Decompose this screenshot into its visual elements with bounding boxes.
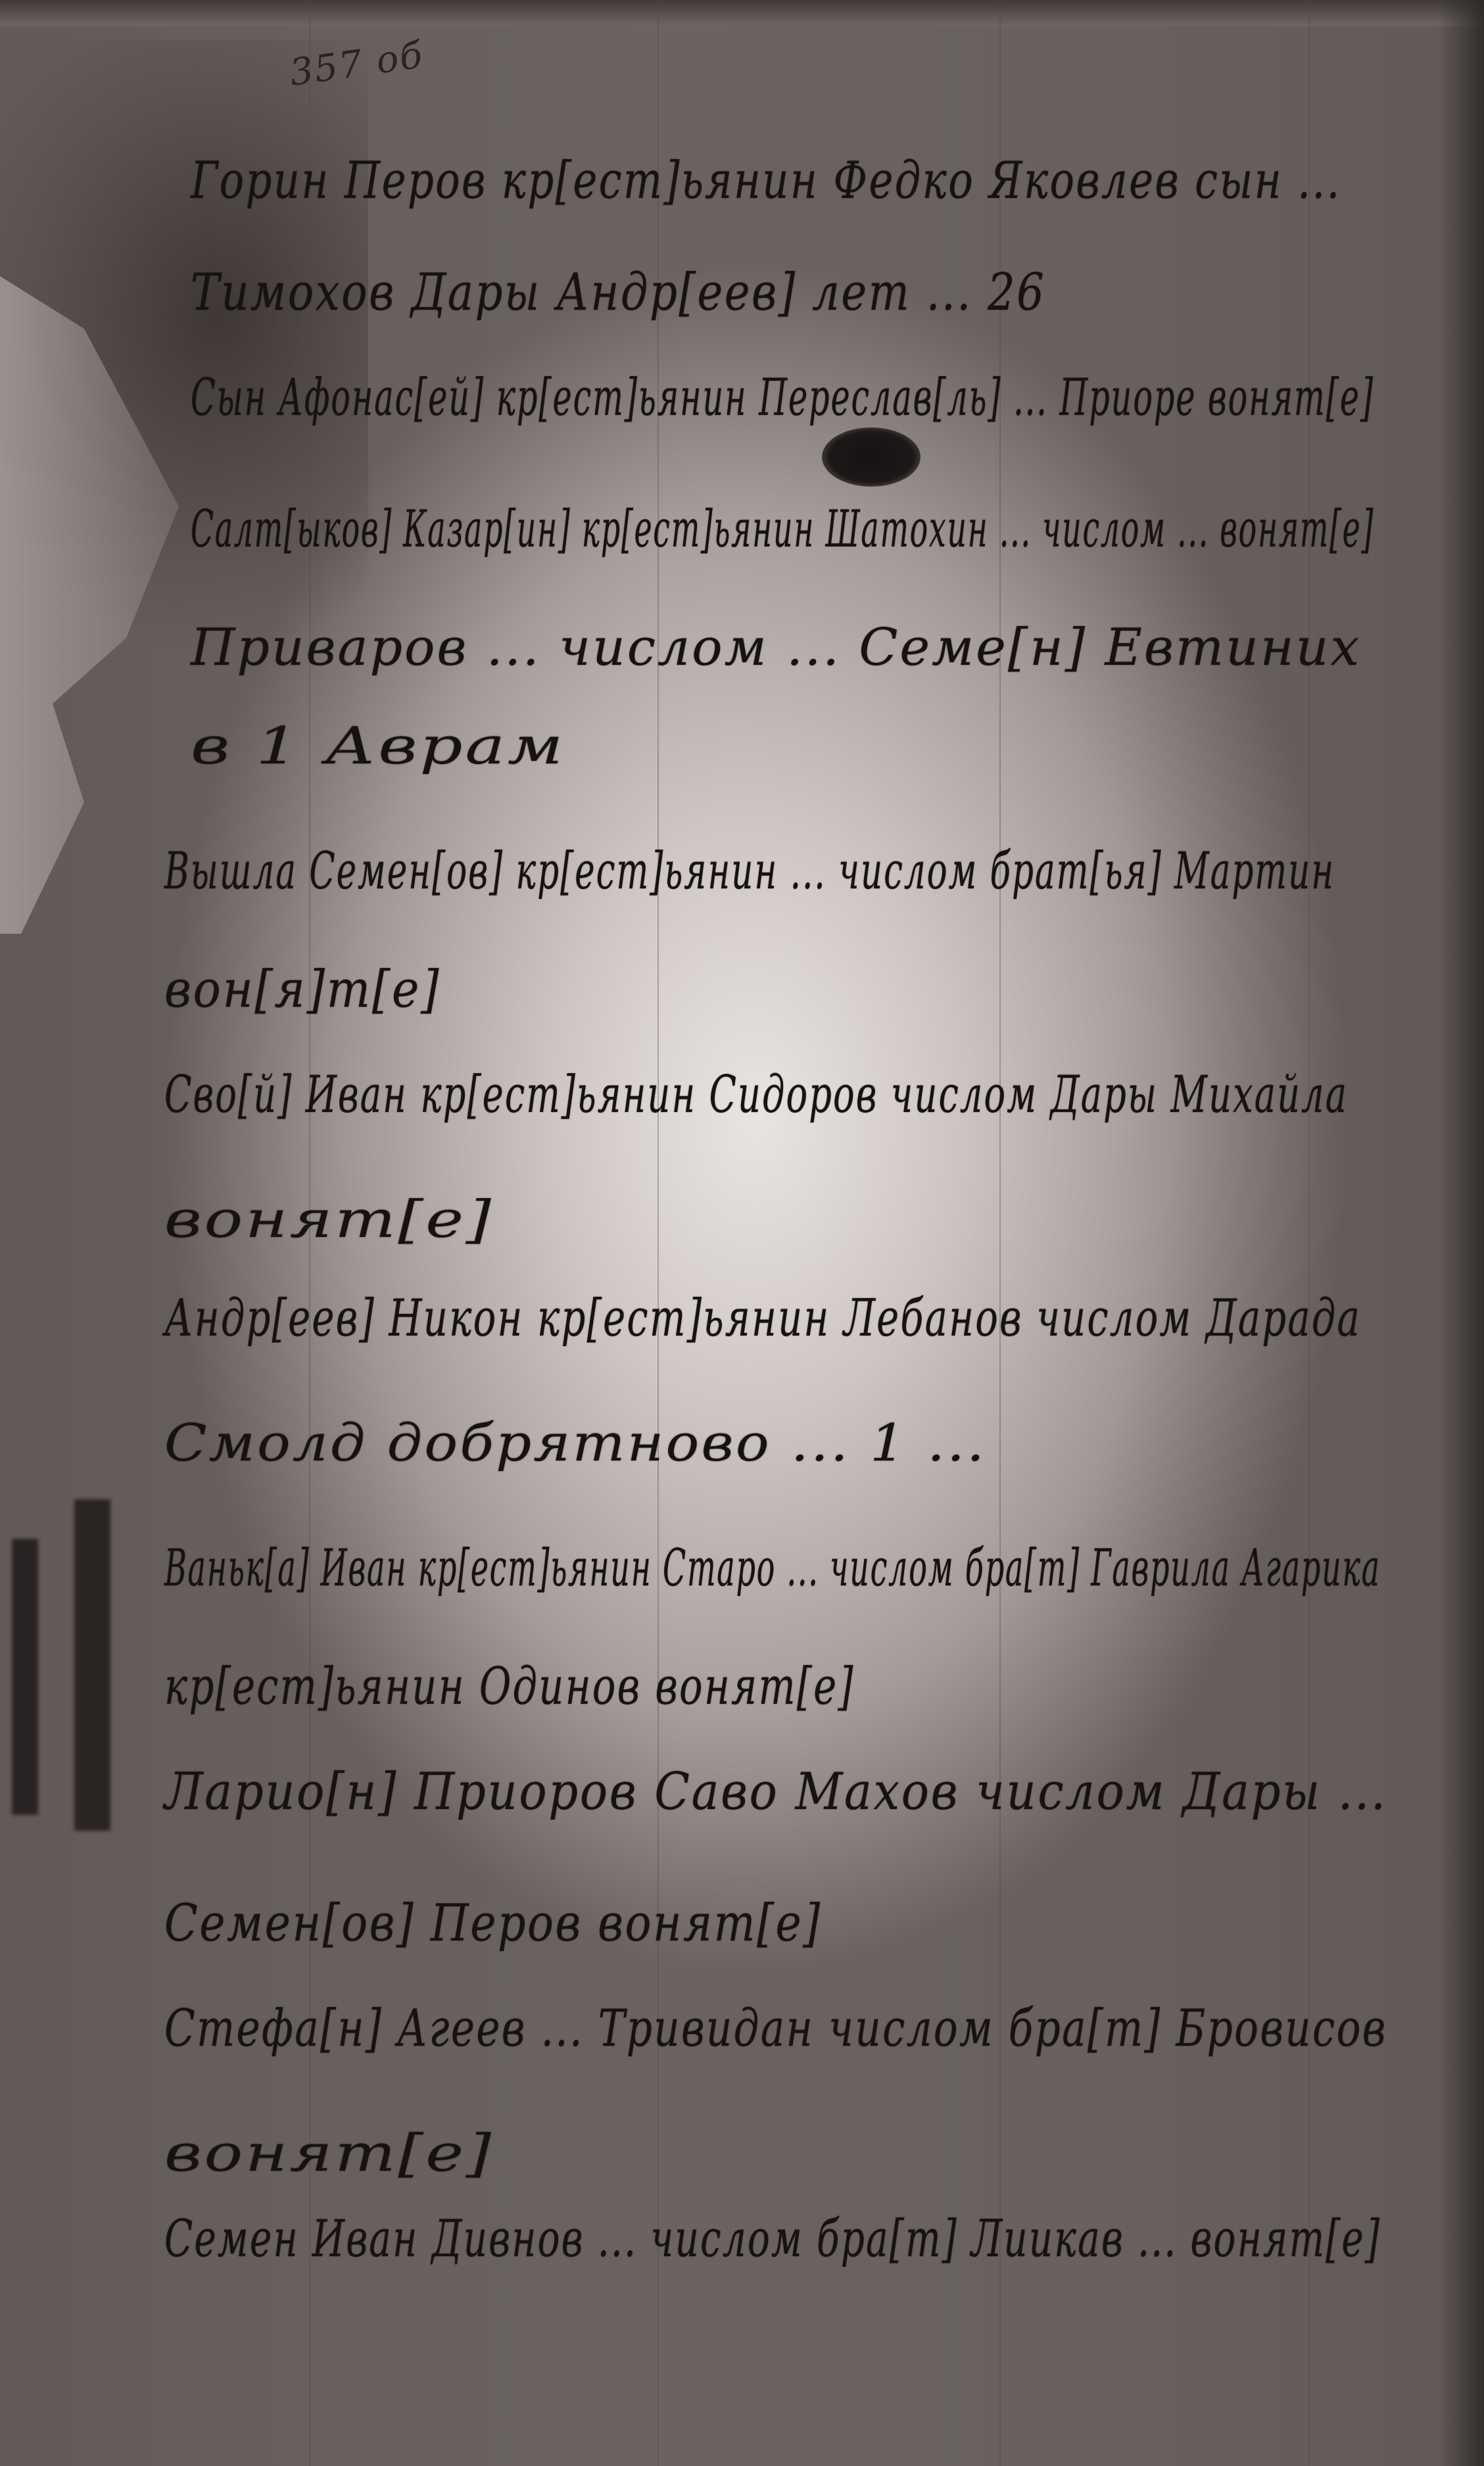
reading-note: Tentative transcription of 17th-century … (1107, 2426, 1431, 2440)
scan-right-edge (1438, 0, 1484, 2466)
manuscript-line: Салт[ыков] Казар[ин] кр[ест]ьянин Шатохи… (191, 500, 1374, 559)
manuscript-line: Семен[ов] Перов вонят[е] (164, 1894, 822, 1953)
manuscript-line: Семен Иван Дивнов ... числом бра[т] Лиик… (164, 2210, 1381, 2269)
manuscript-line: кр[ест]ьянин Одинов вонят[е] (164, 1657, 855, 1716)
manuscript-line: Смолд добрятново ... 1 ... (164, 1414, 986, 1473)
manuscript-line: Вышла Семен[ов] кр[ест]ьянин ... числом … (164, 842, 1335, 901)
scan-top-edge (0, 0, 1484, 26)
manuscript-line: Стефа[н] Агеев ... Тривидан числом бра[т… (164, 1999, 1387, 2058)
manuscript-line: Андр[еев] Никон кр[ест]ьянин Лебанов чис… (164, 1289, 1361, 1348)
manuscript-line: Приваров ... числом ... Семе[н] Евтиних (191, 618, 1361, 677)
manuscript-page: 357 об Горин Перов кр[ест]ьянин Федко Як… (0, 0, 1484, 2466)
manuscript-line: Сво[й] Иван кр[ест]ьянин Сидоров числом … (164, 1065, 1348, 1124)
manuscript-line: вонят[е] (164, 2124, 493, 2183)
manuscript-line: Тимохов Дары Андр[еев] лет ... 26 (191, 263, 1045, 322)
manuscript-line: Горин Перов кр[ест]ьянин Федко Яковлев с… (191, 151, 1341, 210)
manuscript-line: Ваньк[а] Иван кр[ест]ьянин Старо ... чис… (164, 1539, 1381, 1598)
manuscript-line: Сын Афонас[ей] кр[ест]ьянин Переслав[ль]… (191, 368, 1374, 427)
archive-stamp (12, 1539, 110, 1815)
ink-blot (822, 427, 921, 487)
manuscript-line: вон[я]т[е] (164, 960, 441, 1019)
manuscript-line: Ларио[н] Приоров Саво Махов числом Дары … (164, 1762, 1387, 1822)
manuscript-line: вонят[е] (164, 1190, 493, 1249)
manuscript-line: в 1 Аврам (191, 717, 565, 776)
